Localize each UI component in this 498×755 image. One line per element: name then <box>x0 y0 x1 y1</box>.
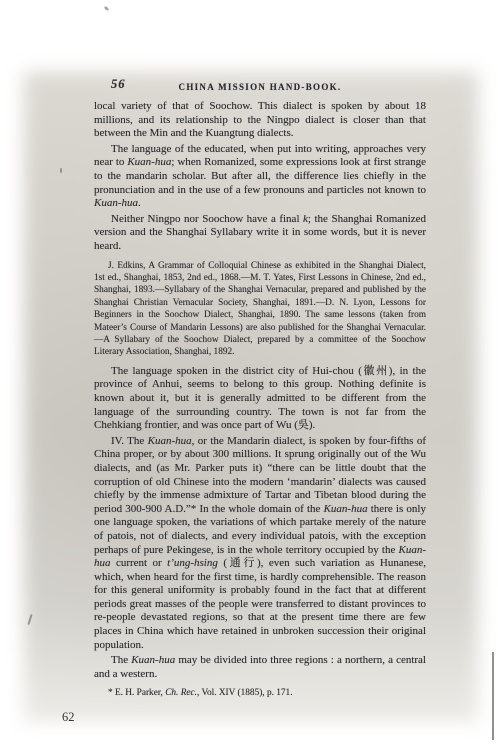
paragraph-final-k: Neither Ningpo nor Soochow have a final … <box>94 213 426 254</box>
folio-number: 62 <box>62 710 75 725</box>
paragraph-three-regions: The Kuan-hua may be divided into three r… <box>94 654 426 681</box>
paragraph-kuan-hua-section: IV. The Kuan-hua, or the Mandarin dialec… <box>94 435 426 653</box>
scan-speck <box>104 6 110 12</box>
bibliography-note: J. Edkins, A Grammar of Colloquial Chine… <box>94 260 426 359</box>
paragraph-text: local variety of that of Soochow. This d… <box>94 100 426 139</box>
scan-artifact-line <box>492 652 494 740</box>
italic-term: Kuan-hua <box>148 435 192 447</box>
italic-term: t’ung-hsing <box>167 557 218 569</box>
bibliography-text: J. Edkins, A Grammar of Colloquial Chine… <box>94 261 426 358</box>
running-title: CHINA MISSION HAND-BOOK. <box>94 79 426 92</box>
page-header: 56 CHINA MISSION HAND-BOOK. <box>94 79 426 100</box>
italic-term: Kuan-hua <box>131 654 175 666</box>
italic-term: Ch. Rec. <box>165 688 197 698</box>
paragraph-language-of-educated: The language of the educated, when put i… <box>94 143 426 211</box>
italic-term: Kuan-hua <box>94 197 138 209</box>
italic-term: Kuan-hua <box>324 503 368 515</box>
page-number: 56 <box>111 77 126 92</box>
italic-term: Kuan-hua <box>127 156 171 168</box>
scan-speck <box>60 168 62 173</box>
paragraph-hui-chou: The language spoken in the district city… <box>94 365 426 433</box>
scanned-book-page: { "header": { "page_number": "56", "runn… <box>0 0 498 755</box>
paragraph-text: The language spoken in the district city… <box>94 365 426 431</box>
paragraph-continuation: local variety of that of Soochow. This d… <box>94 100 426 141</box>
footnote: * E. H. Parker, Ch. Rec., Vol. XIV (1885… <box>108 687 426 699</box>
page-content: 56 CHINA MISSION HAND-BOOK. local variet… <box>94 79 426 699</box>
